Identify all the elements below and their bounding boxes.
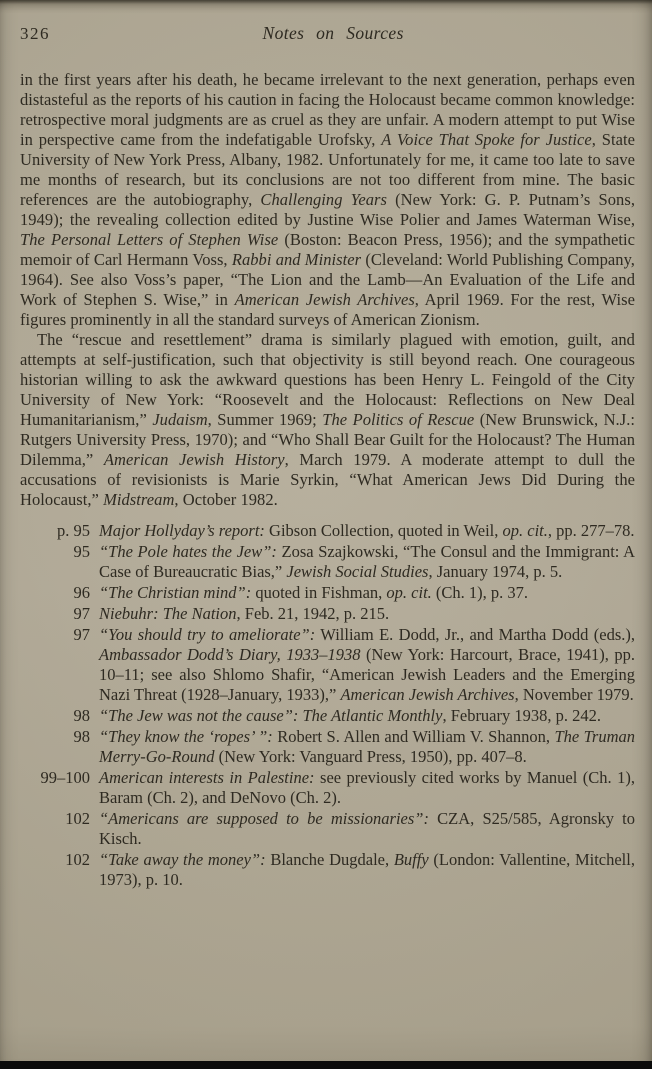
- note-text: “Americans are supposed to be missionari…: [99, 809, 635, 849]
- note-page-ref: 102: [20, 850, 90, 890]
- italic-text: “The Jew was not the cause”:: [99, 706, 298, 725]
- italic-text: American Jewish History: [104, 450, 285, 469]
- note-entry: 98“They know the ‘ropes’ ”: Robert S. Al…: [20, 727, 635, 767]
- scan-bottom-bar: [0, 1061, 652, 1069]
- italic-text: Ambassador Dodd’s Diary, 1933–1938: [99, 645, 360, 664]
- note-entry: 96“The Christian mind”: quoted in Fishma…: [20, 583, 635, 603]
- italic-text: op. cit.: [386, 583, 431, 602]
- italic-text: “The Christian mind”:: [99, 583, 251, 602]
- note-text: “The Jew was not the cause”: The Atlanti…: [99, 706, 635, 726]
- note-entry: 97“You should try to ameliorate”: Willia…: [20, 625, 635, 705]
- note-entry: 102“Americans are supposed to be mission…: [20, 809, 635, 849]
- page-number: 326: [20, 24, 50, 44]
- note-page-ref: 97: [20, 604, 90, 624]
- note-entry: 99–100American interests in Palestine: s…: [20, 768, 635, 808]
- scanned-book-page: 326 Notes on Sources in the first years …: [0, 0, 652, 1069]
- italic-text: Buffy: [394, 850, 429, 869]
- note-page-ref: 97: [20, 625, 90, 705]
- italic-text: “Take away the money”:: [99, 850, 266, 869]
- italic-text: “Americans are supposed to be missionari…: [99, 809, 429, 828]
- note-page-ref: 102: [20, 809, 90, 849]
- italic-text: Major Hollyday’s report:: [99, 521, 265, 540]
- italic-text: American Jewish Archives: [235, 290, 415, 309]
- note-page-ref: 98: [20, 727, 90, 767]
- note-entry: 97Niebuhr: The Nation, Feb. 21, 1942, p.…: [20, 604, 635, 624]
- running-head-title: Notes on Sources: [263, 23, 404, 44]
- page-header: 326 Notes on Sources: [20, 24, 635, 50]
- italic-text: Niebuhr: The Nation: [99, 604, 237, 623]
- note-text: “The Christian mind”: quoted in Fishman,…: [99, 583, 635, 603]
- italic-text: “They know the ‘ropes’ ”:: [99, 727, 273, 746]
- note-text: “You should try to ameliorate”: William …: [99, 625, 635, 705]
- body-paragraph: in the first years after his death, he b…: [20, 70, 635, 330]
- note-text: “They know the ‘ropes’ ”: Robert S. Alle…: [99, 727, 635, 767]
- italic-text: op. cit.: [503, 521, 548, 540]
- note-text: Niebuhr: The Nation, Feb. 21, 1942, p. 2…: [99, 604, 635, 624]
- italic-text: American interests in Palestine:: [99, 768, 315, 787]
- note-entry: 95“The Pole hates the Jew”: Zosa Szajkow…: [20, 542, 635, 582]
- body-paragraph: The “rescue and resettlement” drama is s…: [20, 330, 635, 510]
- italic-text: Rabbi and Minister: [232, 250, 361, 269]
- note-page-ref: 95: [20, 542, 90, 582]
- italic-text: The Atlantic Monthly: [303, 706, 443, 725]
- italic-text: “You should try to ameliorate”:: [99, 625, 315, 644]
- scan-top-edge: [0, 0, 652, 4]
- note-page-ref: 96: [20, 583, 90, 603]
- italic-text: Challenging Years: [260, 190, 387, 209]
- note-entry: p. 95Major Hollyday’s report: Gibson Col…: [20, 521, 635, 541]
- italic-text: American Jewish Archives: [340, 685, 514, 704]
- italic-text: The Personal Letters of Stephen Wise: [20, 230, 278, 249]
- italic-text: “The Pole hates the Jew”:: [99, 542, 277, 561]
- note-page-ref: 98: [20, 706, 90, 726]
- italic-text: Midstream: [103, 490, 174, 509]
- note-entry: 98“The Jew was not the cause”: The Atlan…: [20, 706, 635, 726]
- notes-section: p. 95Major Hollyday’s report: Gibson Col…: [20, 521, 635, 890]
- italic-text: The Politics of Rescue: [322, 410, 474, 429]
- note-text: “The Pole hates the Jew”: Zosa Szajkowsk…: [99, 542, 635, 582]
- note-text: American interests in Palestine: see pre…: [99, 768, 635, 808]
- note-text: “Take away the money”: Blanche Dugdale, …: [99, 850, 635, 890]
- note-page-ref: 99–100: [20, 768, 90, 808]
- note-page-ref: p. 95: [20, 521, 90, 541]
- italic-text: Judaism: [152, 410, 207, 429]
- note-entry: 102“Take away the money”: Blanche Dugdal…: [20, 850, 635, 890]
- body-text: in the first years after his death, he b…: [20, 70, 635, 510]
- note-text: Major Hollyday’s report: Gibson Collecti…: [99, 521, 635, 541]
- italic-text: Jewish Social Studies: [286, 562, 428, 581]
- italic-text: A Voice That Spoke for Justice: [381, 130, 592, 149]
